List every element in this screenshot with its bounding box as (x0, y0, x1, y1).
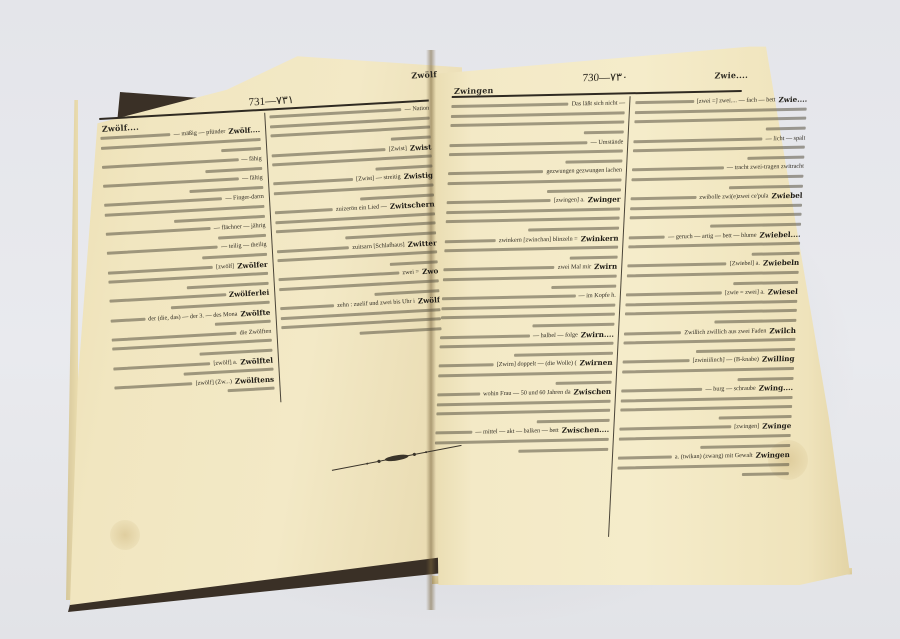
arabic-script-text (630, 204, 802, 211)
arabic-script-text (439, 364, 494, 368)
entry-gloss: [zwei =] zwei.... — fach — bett (697, 97, 776, 106)
arabic-script-text (632, 167, 724, 172)
arabic-script-text (733, 280, 798, 284)
entry-gloss: a. (twikan) (zwang) mit Gewalt (675, 452, 753, 461)
arabic-script-text (696, 348, 795, 353)
entry-headword: Zwirn.... (581, 329, 615, 339)
arabic-script-text (444, 246, 618, 253)
arabic-script-text (518, 447, 608, 452)
arabic-script-text (556, 380, 612, 384)
arabic-script-text (710, 223, 801, 228)
entry-gloss: [Zwist] (388, 145, 407, 153)
left-column-2: — Nation[Zwist]Zwist[Zwist] — streitigZw… (269, 104, 442, 343)
entry-headword: Zwischen (573, 387, 611, 397)
arabic-script-text (621, 396, 793, 403)
entry-gloss: Das läßt sich nicht — (571, 100, 625, 108)
entry-headword: Zwist (410, 142, 432, 152)
entry-gloss: — im Kopfe h. (578, 292, 616, 300)
arabic-script-text (630, 213, 802, 220)
arabic-script-text (634, 117, 806, 124)
arabic-script-text (714, 319, 796, 324)
arabic-script-text (445, 239, 496, 243)
entry-headword: Zwie.... (778, 95, 807, 105)
arabic-script-text (528, 227, 619, 232)
entry-headword: Zwinger (588, 195, 621, 205)
arabic-script-text (622, 359, 689, 363)
entry-headword: Zwing.... (758, 383, 793, 393)
arabic-script-text (110, 317, 145, 322)
entry-headword: Zwitter (407, 238, 437, 249)
arabic-script-text (719, 415, 792, 420)
arabic-script-text (752, 252, 800, 256)
entry-gloss: Zwillich zwillich aus zwei Faden (684, 327, 766, 336)
arabic-script-text (228, 387, 275, 393)
arabic-script-text (514, 351, 613, 356)
entry-gloss: zwinkern [zwinchan] blinzeln = (499, 235, 578, 244)
arabic-script-text (390, 260, 438, 266)
entry-headword: Zwiebel.... (759, 229, 801, 239)
arabic-script-text (215, 320, 271, 326)
arabic-script-text (766, 127, 806, 131)
arabic-script-text (435, 431, 472, 435)
arabic-script-text (551, 284, 616, 288)
right-page-content: Zwingen 730—٧٣٠ Zwie.... Das läßt sich n… (430, 64, 813, 542)
arabic-script-text (633, 137, 762, 143)
arabic-script-text (584, 131, 624, 135)
right-page-number: 730—٧٣٠ (582, 70, 628, 84)
arabic-script-text (621, 388, 702, 393)
arabic-script-text (391, 136, 431, 141)
entry-headword: Zwiebel (771, 191, 803, 201)
arabic-script-text (565, 159, 622, 163)
arabic-script-text (537, 419, 610, 424)
arabic-script-text (441, 303, 615, 310)
arabic-script-text (635, 107, 807, 114)
entry-gloss: [Zwiebel] a. (730, 260, 761, 268)
arabic-script-text (374, 289, 439, 296)
arabic-script-text (635, 100, 694, 104)
arabic-script-text (628, 242, 800, 249)
arabic-script-text (441, 313, 615, 320)
entry-gloss: — geruch — artig — bett — blume (668, 231, 757, 240)
arabic-script-text (446, 217, 620, 224)
entry-gloss: zwei = (402, 269, 419, 277)
arabic-script-text (221, 147, 261, 152)
left-page-number: 731—٧٣١ (248, 93, 294, 109)
entry-gloss: zwei Mal mir (558, 264, 592, 272)
arabic-script-text (619, 434, 791, 441)
arabic-script-text (570, 255, 618, 259)
arabic-script-text (700, 444, 790, 449)
entry-headword: Zwilling (762, 354, 795, 364)
arabic-script-text (447, 199, 551, 204)
arabic-script-text (742, 473, 789, 477)
right-column-1: Das läßt sich nicht —— Umständegezwungen… (434, 98, 625, 457)
arabic-script-text (747, 156, 804, 160)
entry-headword: Zwinge (762, 421, 791, 431)
arabic-script-text (449, 141, 587, 147)
entry-headword: Zwingen (755, 450, 790, 460)
entry-headword: Zwinkern (580, 233, 618, 243)
entry-gloss: wohin Frau — 50 und 60 Jahren da (483, 389, 571, 398)
entry-headword: Zwiebeln (763, 258, 800, 268)
arabic-script-text (622, 367, 794, 374)
entry-gloss: [zwölf] a. (213, 358, 237, 366)
right-running-head-inner: Zwie.... (714, 70, 748, 81)
arabic-script-text (631, 175, 803, 182)
arabic-script-text (626, 292, 722, 297)
arabic-script-text (738, 376, 794, 380)
arabic-script-text (451, 111, 625, 118)
arabic-script-text (435, 438, 609, 445)
left-running-head-outer: Zwölf (411, 69, 437, 80)
arabic-script-text (625, 309, 797, 316)
left-column-1: — mäßig — pfünderZwölf....— fähig— fälti… (100, 125, 275, 402)
entry-gloss: [zwölf] (216, 262, 235, 270)
entry-headword: Zwölftel (240, 355, 273, 366)
arabic-script-text (627, 271, 799, 278)
entry-headword: Zwirn (594, 262, 618, 271)
arabic-script-text (446, 207, 620, 214)
paper-stain (110, 520, 140, 550)
arabic-script-text (620, 405, 792, 412)
arabic-script-text (623, 338, 795, 345)
entry-gloss: [zwie = zwei] a. (725, 289, 765, 297)
arabic-script-text (629, 235, 666, 239)
arabic-script-text (437, 393, 480, 397)
arabic-script-text (375, 164, 432, 170)
entry-headword: Zwischen.... (561, 425, 609, 435)
entry-gloss: — burg — schraube (705, 385, 756, 393)
entry-headword: Zwölf (418, 295, 441, 305)
arabic-script-text (448, 171, 544, 176)
arabic-script-text (625, 300, 797, 307)
left-page-content: Zwölf 731—٧٣١ Zwölf.... — mäßig — pfünde… (98, 78, 446, 426)
arabic-script-text (442, 295, 576, 301)
entry-headword: Zwölf.... (228, 125, 260, 136)
arabic-script-text (275, 208, 333, 214)
entry-gloss: — fähig (241, 155, 262, 163)
entry-headword: Zwiesel (768, 287, 799, 297)
arabic-script-text (360, 327, 442, 335)
entry-gloss: — Nation (404, 105, 429, 113)
arabic-script-text (633, 146, 805, 153)
arabic-script-text (218, 234, 266, 240)
entry-headword: Zwistig (403, 171, 433, 182)
entry-gloss: die Zwölften (239, 327, 271, 336)
entry-gloss: — mittel — akt — balken — bett (475, 427, 559, 436)
arabic-script-text (443, 266, 555, 271)
entry-gloss: — fältig (242, 174, 263, 182)
entry-gloss: [Zwirn] doppelt — (die Wolle) ( (496, 360, 576, 369)
arabic-script-text (447, 179, 621, 186)
entry-gloss: [zwiniilinch] — (B-knabe) (692, 356, 759, 364)
arabic-script-text (627, 263, 727, 268)
right-column-2: [zwei =] zwei.... — fach — bettZwie....—… (617, 95, 808, 483)
entry-gloss: — licht — spalt (765, 134, 805, 142)
entry-gloss: [zwingen] a. (554, 196, 585, 204)
entry-gloss: — halbel — folge (533, 331, 578, 339)
entry-gloss: [zwingen] (734, 423, 759, 431)
arabic-script-text (729, 184, 803, 189)
arabic-script-text (437, 399, 611, 406)
arabic-script-text (443, 275, 617, 282)
arabic-script-text (630, 196, 696, 200)
arabic-script-text (280, 304, 334, 310)
arabic-script-text (619, 426, 731, 431)
entry-headword: Zwölfer (237, 259, 268, 270)
arabic-script-text (532, 323, 614, 328)
arabic-script-text (449, 150, 623, 157)
arabic-script-text (618, 456, 672, 460)
entry-gloss: — tracht zwei-tragen zwitracht (727, 163, 804, 172)
arabic-script-text (439, 342, 613, 349)
arabic-script-text (617, 463, 789, 470)
arabic-script-text (436, 409, 610, 416)
entry-headword: Zwölfte (240, 307, 270, 318)
entry-gloss: zwibolle zwi(e)zwei ce'pula (699, 193, 768, 201)
photo-scene: Zwölf 731—٧٣١ Zwölf.... — mäßig — pfünde… (0, 0, 900, 639)
entry-headword: Zwirnen (579, 358, 612, 368)
arabic-script-text (547, 188, 621, 193)
arabic-script-text (450, 121, 624, 128)
arabic-script-text (202, 253, 267, 260)
arabic-script-text (438, 371, 612, 378)
entry-headword: Zwo (422, 267, 439, 277)
entry-headword: Zwilch (769, 325, 796, 335)
entry-gloss: gezwungen gezwungen lachen (546, 167, 622, 176)
arabic-script-text (205, 167, 262, 173)
arabic-script-text (440, 334, 530, 339)
arabic-script-text (451, 103, 568, 108)
entry-gloss: — Umstände (590, 138, 623, 146)
arabic-script-text (624, 331, 681, 335)
